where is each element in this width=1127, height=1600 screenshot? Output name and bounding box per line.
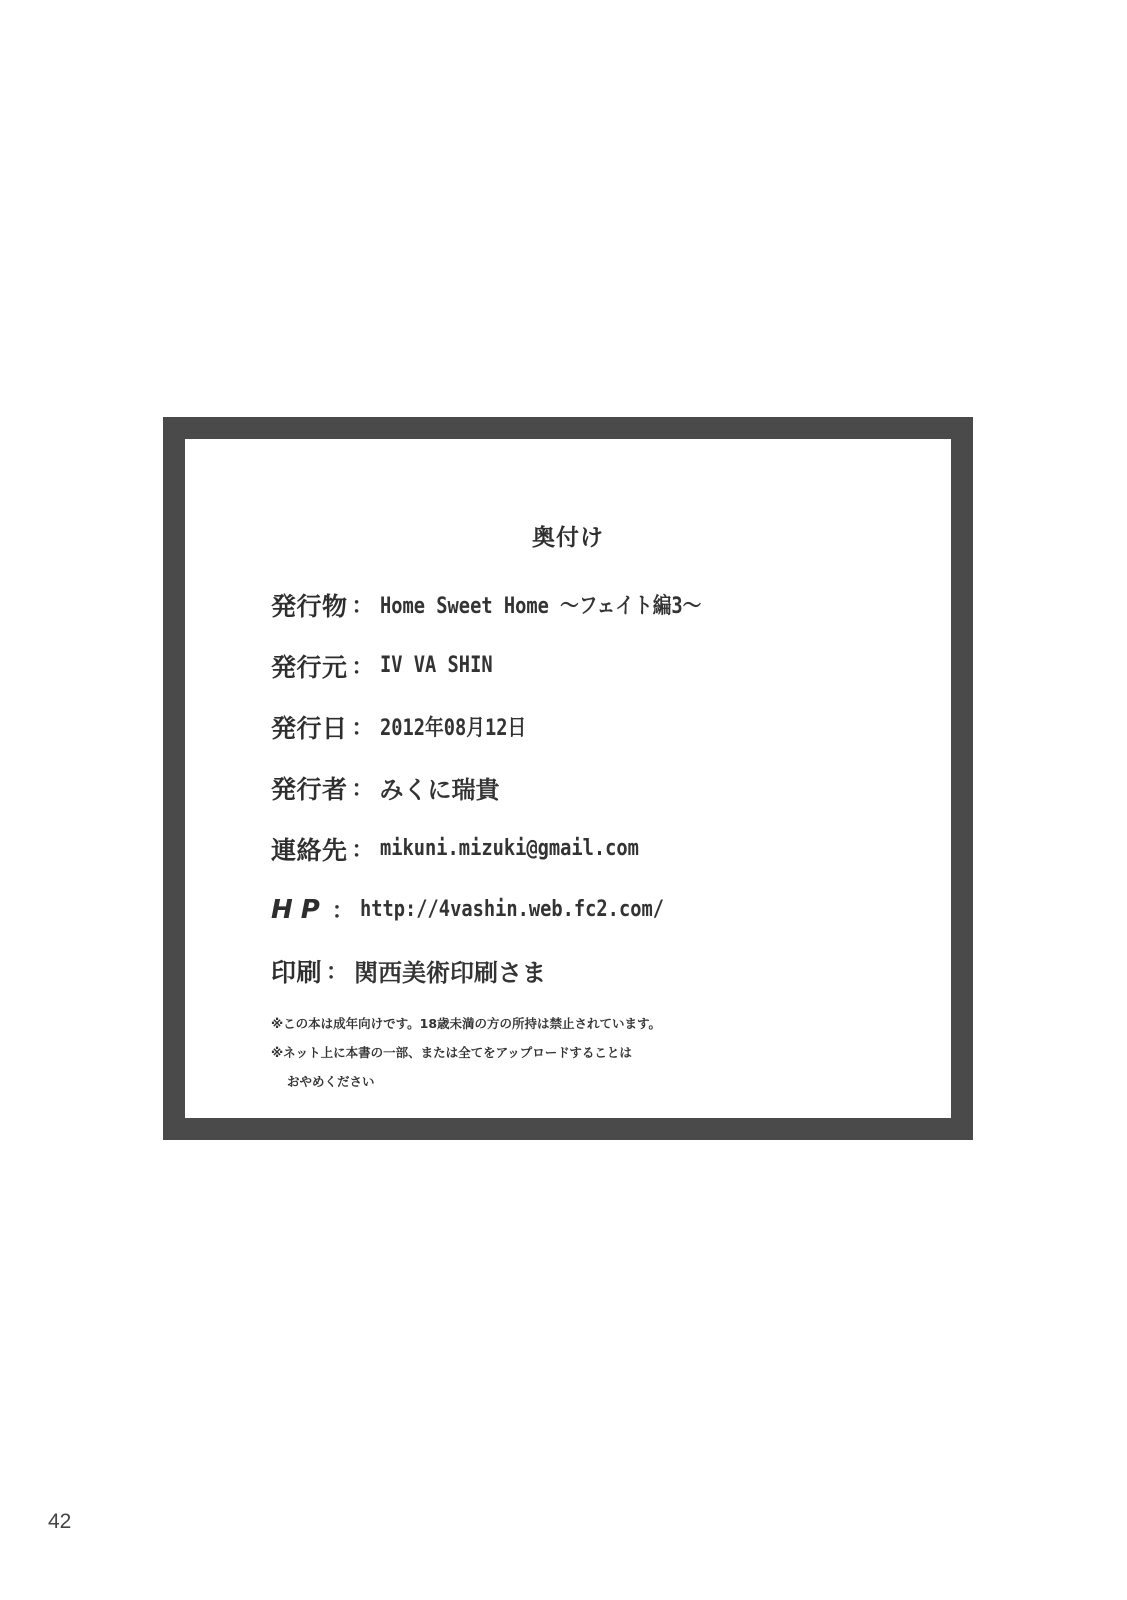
note-upload-warning-cont: おやめください bbox=[271, 1067, 661, 1096]
homepage-url: http://4vashin.web.fc2.com/ bbox=[360, 897, 664, 922]
contact-email: mikuni.mizuki@gmail.com bbox=[380, 836, 639, 861]
entry-separator: ： bbox=[332, 894, 354, 925]
note-age-restriction: ※この本は成年向けです。18歳未満の方の所持は禁止されています。 bbox=[271, 1009, 661, 1038]
colophon-notes: ※この本は成年向けです。18歳未満の方の所持は禁止されています。 ※ネット上に本… bbox=[271, 1009, 661, 1096]
entry-label: 発行日 bbox=[271, 709, 348, 745]
entry-label: HP bbox=[271, 895, 328, 925]
entry-value: Home Sweet Home ～フェイト編3～ bbox=[380, 589, 701, 620]
entry-separator: ： bbox=[352, 589, 374, 620]
entry-publication: 発行物 ： Home Sweet Home ～フェイト編3～ bbox=[271, 574, 911, 635]
entry-label: 発行者 bbox=[271, 770, 348, 806]
entry-value: 関西美術印刷さま bbox=[354, 953, 546, 988]
entry-separator: ： bbox=[352, 833, 374, 864]
colophon-entries: 発行物 ： Home Sweet Home ～フェイト編3～ 発行元 ： IV … bbox=[271, 574, 911, 1001]
entry-label: 連絡先 bbox=[271, 831, 348, 867]
entry-value: 2012年08月12日 bbox=[380, 711, 526, 742]
colophon-title: 奥付け bbox=[185, 519, 951, 552]
entry-separator: ： bbox=[326, 955, 348, 986]
entry-label: 印刷 bbox=[271, 953, 322, 989]
entry-printer: 印刷 ： 関西美術印刷さま bbox=[271, 940, 911, 1001]
entry-issuer: 発行者 ： みくに瑞貴 bbox=[271, 757, 911, 818]
page-number: 42 bbox=[48, 1510, 71, 1534]
entry-value: みくに瑞貴 bbox=[380, 770, 500, 805]
entry-homepage: HP ： http://4vashin.web.fc2.com/ bbox=[271, 879, 911, 940]
entry-publisher: 発行元 ： IV VA SHIN bbox=[271, 635, 911, 696]
entry-publication-date: 発行日 ： 2012年08月12日 bbox=[271, 696, 911, 757]
entry-value: IV VA SHIN bbox=[380, 653, 493, 678]
entry-contact: 連絡先 ： mikuni.mizuki@gmail.com bbox=[271, 818, 911, 879]
entry-label: 発行元 bbox=[271, 648, 348, 684]
entry-separator: ： bbox=[352, 650, 374, 681]
entry-label: 発行物 bbox=[271, 587, 348, 623]
entry-separator: ： bbox=[352, 711, 374, 742]
entry-separator: ： bbox=[352, 772, 374, 803]
note-upload-warning: ※ネット上に本書の一部、または全てをアップロードすることは bbox=[271, 1038, 661, 1067]
colophon-frame: 奥付け 発行物 ： Home Sweet Home ～フェイト編3～ 発行元 ：… bbox=[163, 417, 973, 1140]
